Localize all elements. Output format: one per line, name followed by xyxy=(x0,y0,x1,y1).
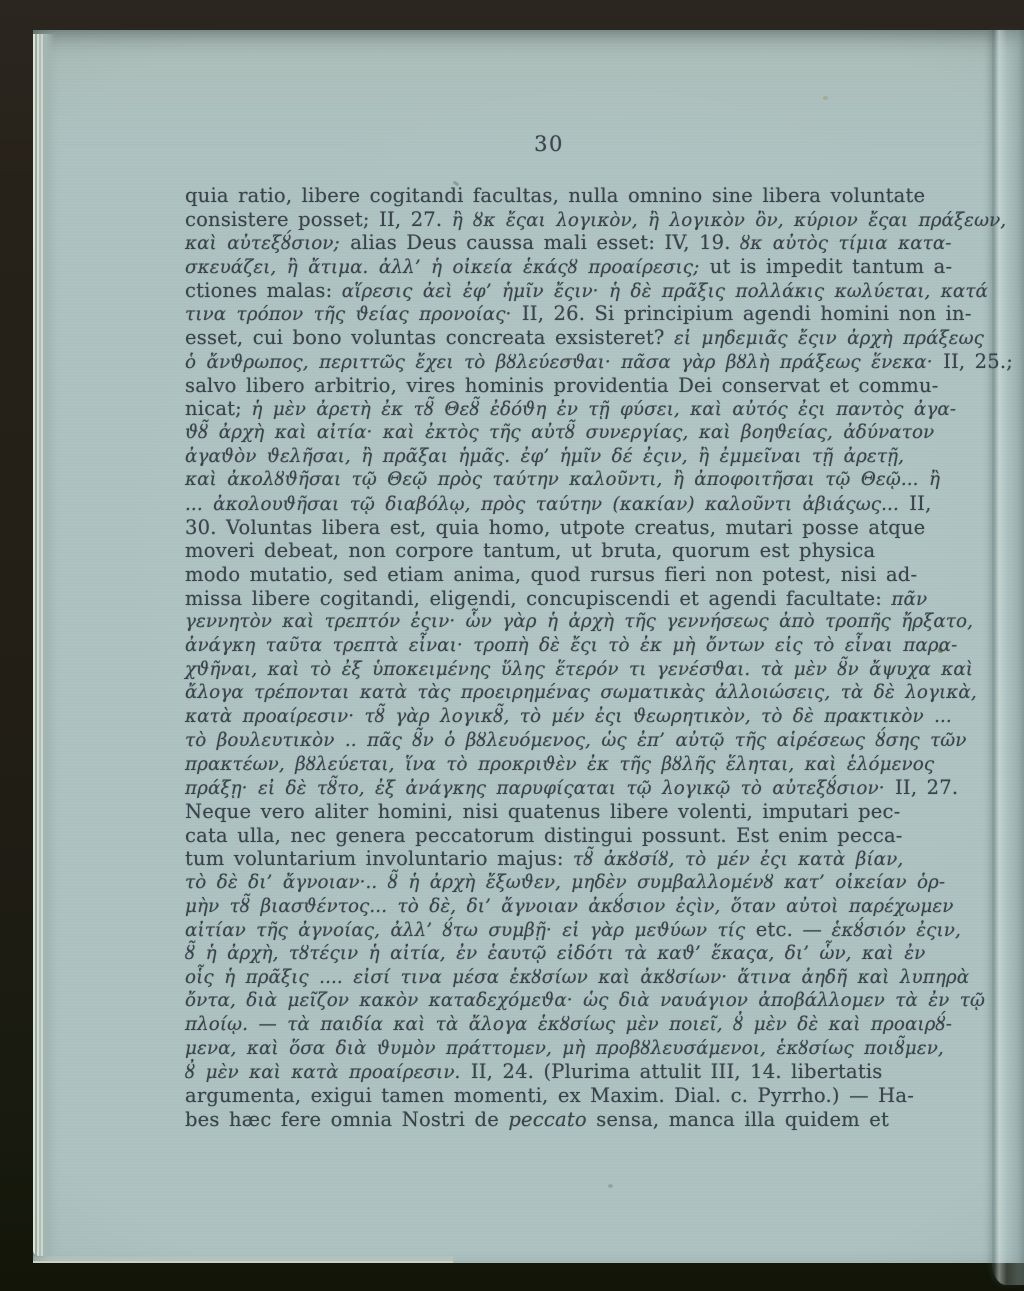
latin-text-run: moveri debeat, non corpore tantum, ut br… xyxy=(185,539,875,562)
greek-text-run: καὶ αὐτεξȣ́σιον; xyxy=(185,233,350,254)
greek-text-run: ὄντα, διὰ μεῖζον κακὸν καταδεχόμεϑα· ὡς … xyxy=(185,990,985,1011)
text-line: αἰτίαν τῆς ἀγνοίας, ἀλλ’ ȣ́τω συμβῇ· εἰ … xyxy=(185,918,913,942)
latin-text-run: cata ulla, nec genera peccatorum disting… xyxy=(185,824,903,847)
latin-text-run: II, xyxy=(909,492,931,515)
text-line: cata ulla, nec genera peccatorum disting… xyxy=(185,824,913,848)
latin-text-run: II, 25.; xyxy=(943,350,1013,373)
text-line: ἀνάγκη ταῦτα τρεπτὰ εἶναι· τροπὴ δὲ ἔςι … xyxy=(185,634,913,658)
text-line: ctiones malas: αἵρεσις ἀεὶ ἐφ’ ἡμῖν ἔςιν… xyxy=(185,279,913,303)
book-photo: 30 quia ratio, libere cogitandi facultas… xyxy=(0,0,1024,1291)
latin-text-run: Neque vero aliter homini, nisi quatenus … xyxy=(185,800,900,823)
text-line: moveri debeat, non corpore tantum, ut br… xyxy=(185,539,913,563)
text-line: ... ἀκολουϑῆσαι τῷ διαβόλῳ, πρὸς ταύτην … xyxy=(185,492,913,516)
latin-text-run: alias Deus caussa mali esset: IV, 19. xyxy=(350,231,740,254)
latin-text-run: modo mutatio, sed etiam anima, quod rurs… xyxy=(185,563,917,586)
text-line: τινα τρόπον τῆς ϑείας προνοίας· II, 26. … xyxy=(185,302,913,326)
greek-text-run: καὶ ἀκολȣϑῆσαι τῷ Θεῷ πρὸς ταύτην καλοῦν… xyxy=(185,469,940,490)
text-line: πλοίῳ. — τὰ παιδία καὶ τὰ ἄλογα ἑκȣσίως … xyxy=(185,1013,913,1037)
greek-text-run: εἰ μηδεμιᾶς ἔςιν ἀρχὴ πράξεως xyxy=(674,328,984,349)
greek-text-run: ȣ̃ ἡ ἀρχὴ, τȣτέςιν ἡ αἰτία, ἐν ἑαυτῷ εἰδ… xyxy=(185,943,925,964)
greek-text-run: ἑκȣ́σιόν ἐςιν, xyxy=(831,920,960,941)
greek-text-run: ὁ ἄνϑρωπος, περιττῶς ἔχει τὸ βȣλεύεσϑαι·… xyxy=(185,352,943,373)
greek-text-run: ... ἀκολουϑῆσαι τῷ διαβόλῳ, πρὸς ταύτην … xyxy=(185,494,909,515)
greek-text-run: τὸ βουλευτικὸν .. πᾶς ȣ̃ν ὁ βȣλευόμενος,… xyxy=(185,730,967,751)
text-line: ȣ̓ μὲν καὶ κατὰ προαίρεσιν. II, 24. (Plu… xyxy=(185,1060,913,1084)
greek-text-run: πράξῃ· εἰ δὲ τȣ̃το, ἐξ ἀνάγκης παρυφίςατ… xyxy=(185,778,895,799)
text-line: καὶ αὐτεξȣ́σιον; alias Deus caussa mali … xyxy=(185,231,913,255)
page-content: 30 quia ratio, libere cogitandi facultas… xyxy=(185,133,913,1132)
latin-text-run: missa libere cogitandi, eligendi, concup… xyxy=(185,587,891,610)
text-line: ἄλογα τρέπονται κατὰ τὰς προειρημένας σω… xyxy=(185,681,913,705)
text-line: καὶ ἀκολȣϑῆσαι τῷ Θεῷ πρὸς ταύτην καλοῦν… xyxy=(185,468,913,492)
latin-text-run: tum voluntarium involuntario majus: xyxy=(185,847,573,870)
text-line: πρακτέων, βȣλεύεται, ἵνα τὸ προκριϑὲν ἐκ… xyxy=(185,753,913,777)
latin-text-run: nicat; xyxy=(185,397,251,420)
greek-text-run: ȣ̓ μὲν καὶ κατὰ προαίρεσιν. xyxy=(185,1062,471,1083)
greek-text-run: ȣκ αὐτὸς τίμια κατα- xyxy=(740,233,951,254)
greek-text-run: ἄλογα τρέπονται κατὰ τὰς προειρημένας σω… xyxy=(185,682,977,703)
latin-text-run: etc. — xyxy=(756,918,832,941)
text-line: ἀγαϑὸν ϑελῆσαι, ἢ πρᾶξαι ἡμᾶς. ἐφ’ ἡμῖν … xyxy=(185,445,913,469)
greek-text-run: μενα, καὶ ὅσα διὰ ϑυμὸν πράττομεν, μὴ πρ… xyxy=(185,1038,944,1059)
greek-text-run: κατὰ προαίρεσιν· τȣ̃ γὰρ λογικȣ̃, τὸ μέν… xyxy=(185,706,952,727)
greek-text-run: ϑȣ̃ ἀρχὴ καὶ αἰτία· καὶ ἐκτὸς τῆς αὐτȣ̃ … xyxy=(185,422,934,443)
latin-text-run: ctiones malas: xyxy=(185,279,342,302)
page-bottom-edge xyxy=(33,1255,453,1263)
latin-text-run: esset, cui bono voluntas concreata exsis… xyxy=(185,326,674,349)
greek-text-run: οἷς ἡ πρᾶξις .... εἰσί τινα μέσα ἑκȣσίων… xyxy=(185,967,969,988)
text-line: Neque vero aliter homini, nisi quatenus … xyxy=(185,800,913,824)
latin-text-run: ut is impedit tantum a- xyxy=(710,255,952,278)
text-line: πράξῃ· εἰ δὲ τȣ̃το, ἐξ ἀνάγκης παρυφίςατ… xyxy=(185,776,913,800)
greek-text-run: τὸ δὲ δι’ ἄγνοιαν·.. ȣ̃ ἡ ἀρχὴ ἔξωϑεν, μ… xyxy=(185,872,945,893)
greek-text-run: ἀνάγκη ταῦτα τρεπτὰ εἶναι· τροπὴ δὲ ἔςι … xyxy=(185,635,957,656)
latin-text-run: sensa, manca illa quidem et xyxy=(587,1108,889,1131)
greek-text-run: σκευάζει, ἢ ἄτιμα. ἀλλ’ ἡ οἰκεία ἑκάςȣ π… xyxy=(185,257,710,278)
greek-text-run: πλοίῳ. — τὰ παιδία καὶ τὰ ἄλογα ἑκȣσίως … xyxy=(185,1014,952,1035)
greek-text-run: αἵρεσις ἀεὶ ἐφ’ ἡμῖν ἔςιν· ἡ δὲ πρᾶξις π… xyxy=(342,281,988,302)
greek-text-run: τινα τρόπον τῆς ϑείας προνοίας· xyxy=(185,304,522,325)
greek-text-run: ἡ μὲν ἀρετὴ ἐκ τȣ̃ Θεȣ̃ ἐδόϑη ἐν τῇ φύσε… xyxy=(251,399,956,420)
text-line: τὸ βουλευτικὸν .. πᾶς ȣ̃ν ὁ βȣλευόμενος,… xyxy=(185,729,913,753)
paper-speck xyxy=(823,96,828,100)
text-line: σκευάζει, ἢ ἄτιμα. ἀλλ’ ἡ οἰκεία ἑκάςȣ π… xyxy=(185,255,913,279)
text-line: esset, cui bono voluntas concreata exsis… xyxy=(185,326,913,350)
text-line: ὄντα, διὰ μεῖζον κακὸν καταδεχόμεϑα· ὡς … xyxy=(185,989,913,1013)
text-line: 30. Voluntas libera est, quia homo, utpo… xyxy=(185,516,913,540)
text-line: bes hæc fere omnia Nostri de peccato sen… xyxy=(185,1108,913,1132)
latin-text-run: 30. Voluntas libera est, quia homo, utpo… xyxy=(185,516,925,539)
text-line: argumenta, exigui tamen momenti, ex Maxi… xyxy=(185,1084,913,1108)
latin-text-run: II, 27. xyxy=(895,776,958,799)
text-line: nicat; ἡ μὲν ἀρετὴ ἐκ τȣ̃ Θεȣ̃ ἐδόϑη ἐν … xyxy=(185,397,913,421)
latin-text-run: salvo libero arbitrio, vires hominis pro… xyxy=(185,374,939,397)
latin-text-run: consistere posset; II, 27. xyxy=(185,208,452,231)
text-line: ȣ̃ ἡ ἀρχὴ, τȣτέςιν ἡ αἰτία, ἐν ἑαυτῷ εἰδ… xyxy=(185,942,913,966)
latin-text-run: II, 26. Si principium agendi homini non … xyxy=(522,302,972,325)
text-line: modo mutatio, sed etiam anima, quod rurs… xyxy=(185,563,913,587)
text-line: ὁ ἄνϑρωπος, περιττῶς ἔχει τὸ βȣλεύεσϑαι·… xyxy=(185,350,913,374)
text-line: consistere posset; II, 27. ἢ ȣκ ἔςαι λογ… xyxy=(185,208,913,232)
text-line: οἷς ἡ πρᾶξις .... εἰσί τινα μέσα ἑκȣσίων… xyxy=(185,966,913,990)
page-stack-edge xyxy=(33,34,55,1256)
greek-text-run: μὴν τȣ̃ βιασϑέντος... τὸ δὲ, δι’ ἄγνοιαν… xyxy=(185,896,953,917)
body-text: quia ratio, libere cogitandi facultas, n… xyxy=(185,184,913,1132)
greek-text-run: πρακτέων, βȣλεύεται, ἵνα τὸ προκριϑὲν ἐκ… xyxy=(185,754,934,775)
paper-speck xyxy=(608,1184,613,1188)
text-line: quia ratio, libere cogitandi facultas, n… xyxy=(185,184,913,208)
page-number: 30 xyxy=(185,133,913,155)
greek-text-run: τȣ̃ ἀκȣσίȣ, τὸ μέν ἐςι κατὰ βίαν, xyxy=(573,849,903,870)
text-line: μενα, καὶ ὅσα διὰ ϑυμὸν πράττομεν, μὴ πρ… xyxy=(185,1037,913,1061)
text-line: γεννητὸν καὶ τρεπτόν ἐςιν· ὧν γὰρ ἡ ἀρχὴ… xyxy=(185,610,913,634)
greek-text-run: ἢ ȣκ ἔςαι λογικὸν, ἢ λογικὸν ὂν, κύριον … xyxy=(452,210,1007,231)
text-line: κατὰ προαίρεσιν· τȣ̃ γὰρ λογικȣ̃, τὸ μέν… xyxy=(185,705,913,729)
latin-text-run: argumenta, exigui tamen momenti, ex Maxi… xyxy=(185,1084,914,1107)
latin-text-run: quia ratio, libere cogitandi facultas, n… xyxy=(185,184,925,207)
greek-text-run: χϑῆναι, καὶ τὸ ἐξ ὑποκειμένης ὕλης ἕτερό… xyxy=(185,659,973,680)
latin-text-run: II, 24. (Plurima attulit III, 14. libert… xyxy=(471,1060,883,1083)
book-page: 30 quia ratio, libere cogitandi facultas… xyxy=(33,30,1024,1263)
text-line: tum voluntarium involuntario majus: τȣ̃ … xyxy=(185,847,913,871)
greek-text-run: ἀγαϑὸν ϑελῆσαι, ἢ πρᾶξαι ἡμᾶς. ἐφ’ ἡμῖν … xyxy=(185,446,904,467)
latin-text-run: bes hæc fere omnia Nostri de xyxy=(185,1108,508,1131)
text-line: salvo libero arbitrio, vires hominis pro… xyxy=(185,374,913,398)
text-line: μὴν τȣ̃ βιασϑέντος... τὸ δὲ, δι’ ἄγνοιαν… xyxy=(185,895,913,919)
greek-text-run: αἰτίαν τῆς ἀγνοίας, ἀλλ’ ȣ́τω συμβῇ· εἰ … xyxy=(185,920,756,941)
text-line: missa libere cogitandi, eligendi, concup… xyxy=(185,587,913,611)
text-line: τὸ δὲ δι’ ἄγνοιαν·.. ȣ̃ ἡ ἀρχὴ ἔξωϑεν, μ… xyxy=(185,871,913,895)
text-line: ϑȣ̃ ἀρχὴ καὶ αἰτία· καὶ ἐκτὸς τῆς αὐτȣ̃ … xyxy=(185,421,913,445)
greek-text-run: γεννητὸν καὶ τρεπτόν ἐςιν· ὧν γὰρ ἡ ἀρχὴ… xyxy=(185,611,973,632)
text-line: χϑῆναι, καὶ τὸ ἐξ ὑποκειμένης ὕλης ἕτερό… xyxy=(185,658,913,682)
latin-text-run: peccato xyxy=(508,1108,586,1131)
greek-text-run: πᾶν xyxy=(891,589,927,610)
